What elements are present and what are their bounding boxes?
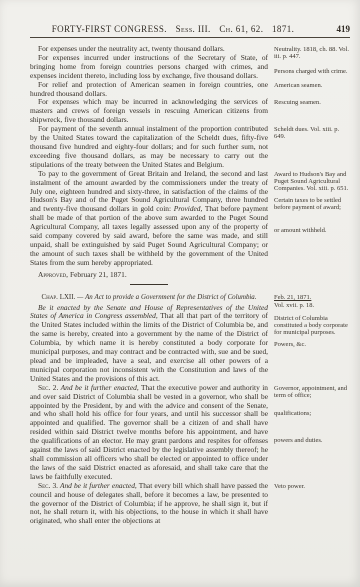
paragraph-text: For expenses which may be incurred in ac… xyxy=(30,98,268,125)
margin-notes: Governor, appointment, and term of offic… xyxy=(274,385,350,444)
statute-page: FORTY-FIRST CONGRESS. Sess. III. Ch. 61,… xyxy=(0,0,360,587)
margin-note: Powers, &c. xyxy=(274,341,350,348)
statute-paragraph: Sec. 3. And be it further enacted, That … xyxy=(30,482,350,527)
text-segment: For relief and protection of American se… xyxy=(30,80,268,98)
margin-notes: Scheldt dues. Vol. xiii. p. 649. xyxy=(274,126,350,140)
text-segment: For payment of the seventh annual instal… xyxy=(30,124,268,169)
statute-paragraph: For relief and protection of American se… xyxy=(30,81,350,99)
section-rule xyxy=(130,284,168,285)
paragraph-text: Chap. LXII. — An Act to provide a Govern… xyxy=(30,293,268,303)
statute-paragraph: For expenses incurred under instructions… xyxy=(30,54,350,81)
margin-note: qualifications; xyxy=(274,410,350,417)
margin-note: Feb. 21, 1871. xyxy=(274,294,350,301)
margin-notes: Persons charged with crime. xyxy=(274,55,350,75)
margin-note: Persons charged with crime. xyxy=(274,68,350,75)
margin-note: powers and duties. xyxy=(274,437,350,444)
statute-paragraph: For payment of the seventh annual instal… xyxy=(30,125,350,170)
margin-notes: Award to Hudson's Bay and Puget Sound Ag… xyxy=(274,171,350,234)
text-segment: Sec. 2. xyxy=(38,383,58,392)
margin-note: or amount withheld. xyxy=(274,227,350,234)
text-segment: , February 21, 1871. xyxy=(66,270,127,279)
session-label: Sess. III. xyxy=(176,24,211,34)
congress-label: FORTY-FIRST CONGRESS. xyxy=(52,24,167,34)
paragraph-text: For expenses incurred under instructions… xyxy=(30,54,268,81)
margin-notes: American seamen. xyxy=(274,82,350,89)
margin-notes: District of Columbia constituted a body … xyxy=(274,305,350,348)
running-head-title: FORTY-FIRST CONGRESS. Sess. III. Ch. 61,… xyxy=(30,24,316,34)
margin-notes: Rescuing seamen. xyxy=(274,99,350,106)
margin-note: Rescuing seamen. xyxy=(274,99,350,106)
chapter-divider xyxy=(30,284,350,293)
margin-note: District of Columbia constituted a body … xyxy=(274,315,350,336)
margin-notes: Veto power. xyxy=(274,483,350,490)
statute-paragraph: Be it enacted by the Senate and House of… xyxy=(30,304,350,384)
text-segment: That the executive power and authority i… xyxy=(30,383,268,481)
statute-paragraph: For expenses which may be incurred in ac… xyxy=(30,98,350,125)
approved-line: Approved, February 21, 1871. xyxy=(30,271,350,280)
text-segment: That all that part of the territory of t… xyxy=(30,311,268,382)
paragraph-text: Sec. 3. And be it further enacted, That … xyxy=(30,482,268,527)
text-segment: For expenses which may be incurred in ac… xyxy=(30,97,268,124)
chapter-heading: Chap. LXII. — An Act to provide a Govern… xyxy=(30,293,350,303)
text-segment: And be it further enacted, xyxy=(58,383,138,392)
text-segment: Chap. LXII. xyxy=(42,294,76,301)
page-inner: FORTY-FIRST CONGRESS. Sess. III. Ch. 61,… xyxy=(30,24,350,526)
statute-paragraph: Sec. 2. And be it further enacted, That … xyxy=(30,384,350,482)
statute-paragraph: To pay to the government of Great Britai… xyxy=(30,170,350,268)
paragraph-text: For relief and protection of American se… xyxy=(30,81,268,99)
paragraph-text: To pay to the government of Great Britai… xyxy=(30,170,268,268)
running-head: FORTY-FIRST CONGRESS. Sess. III. Ch. 61,… xyxy=(30,24,350,38)
text-segment: — An Act to provide a Government for the… xyxy=(75,294,256,301)
text-segment: For expenses under the neutrality act, t… xyxy=(38,44,225,53)
chapters-label: Ch. 61, 62. xyxy=(219,24,263,34)
paragraph-text: Be it enacted by the Senate and House of… xyxy=(30,304,268,384)
text-segment: And be it further enacted, xyxy=(58,481,137,490)
margin-note: Governor, appointment, and term of offic… xyxy=(274,385,350,399)
page-number: 419 xyxy=(316,24,350,34)
margin-note: Award to Hudson's Bay and Puget Sound Ag… xyxy=(274,171,350,192)
text-segment: For expenses incurred under instructions… xyxy=(30,53,268,80)
margin-note: Veto power. xyxy=(274,483,350,490)
text-segment: Provided, xyxy=(174,204,203,213)
paragraph-text: Approved, February 21, 1871. xyxy=(30,271,268,280)
paragraph-text: Sec. 2. And be it further enacted, That … xyxy=(30,384,268,482)
margin-note: Certain taxes to be settled before payme… xyxy=(274,197,350,211)
year-label: 1871. xyxy=(272,24,294,34)
margin-note: Scheldt dues. Vol. xiii. p. 649. xyxy=(274,126,350,140)
text-segment: That before payment shall be made of tha… xyxy=(30,204,268,266)
text-segment: Approved xyxy=(38,270,66,279)
text-segment: Sec. 3. xyxy=(38,481,58,490)
statute-blocks: For expenses under the neutrality act, t… xyxy=(30,45,350,526)
margin-note: American seamen. xyxy=(274,82,350,89)
paragraph-text: For payment of the seventh annual instal… xyxy=(30,125,268,170)
